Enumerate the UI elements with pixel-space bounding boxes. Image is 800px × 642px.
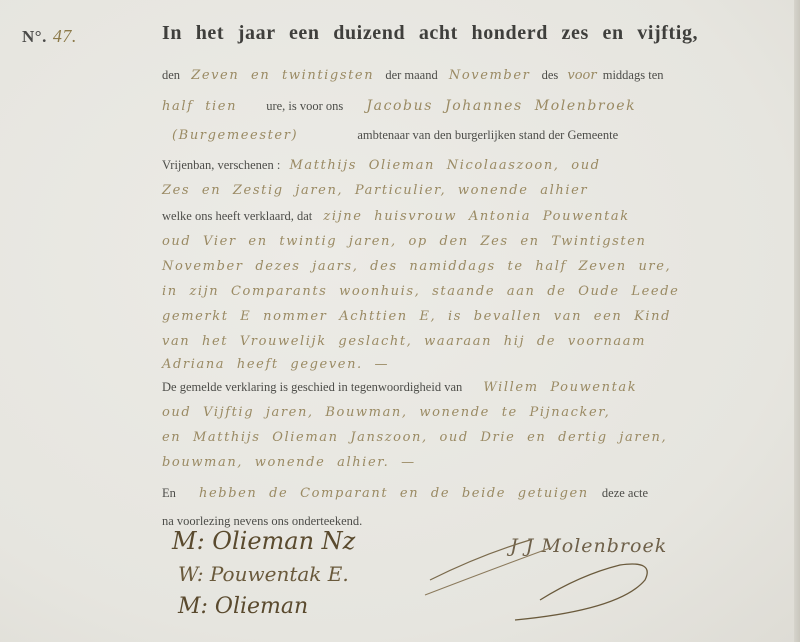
handwritten-text: oud Vier en twintig jaren, op den Zes en…: [162, 234, 647, 249]
printed-text: welke ons heeft verklaard, dat: [162, 209, 312, 223]
printed-text: ure, is voor ons: [266, 99, 343, 113]
printed-text: den: [162, 68, 180, 82]
line-4: Vrijenban, verschenen : Matthijs Olieman…: [162, 158, 601, 173]
line-2: half tien ure, is voor ons Jacobus Johan…: [162, 98, 636, 114]
handwritten-title: (Burgemeester): [172, 128, 298, 143]
handwritten-text: oud Vijftig jaren, Bouwman, wonende te P…: [162, 405, 610, 420]
printed-text: der maand: [385, 68, 437, 82]
line-6: welke ons heeft verklaard, dat zijne hui…: [162, 209, 630, 224]
handwritten-text: Zes en Zestig jaren, Particulier, wonend…: [162, 183, 588, 198]
line-3: (Burgemeester) ambtenaar van den burgerl…: [172, 128, 618, 143]
printed-text: ambtenaar van den burgerlijken stand der…: [357, 128, 618, 142]
printed-text: des: [542, 68, 559, 82]
handwritten-text: bouwman, wonende alhier. —: [162, 455, 416, 470]
line-11: van het Vrouwelijk geslacht, waaraan hij…: [162, 334, 646, 349]
handwritten-declarant: Matthijs Olieman Nicolaaszoon, oud: [289, 158, 600, 173]
printed-text: middags ten: [603, 68, 664, 82]
printed-text: deze acte: [602, 486, 648, 500]
handwritten-mother: zijne huisvrouw Antonia Pouwentak: [323, 209, 629, 224]
line-15: en Matthijs Olieman Janszoon, oud Drie e…: [162, 430, 667, 445]
line-1: den Zeven en twintigsten der maand Novem…: [162, 68, 664, 83]
handwritten-witness-2: en Matthijs Olieman Janszoon, oud Drie e…: [162, 430, 667, 445]
printed-text: De gemelde verklaring is geschied in teg…: [162, 380, 462, 394]
handwritten-child-name: Adriana heeft gegeven. —: [162, 357, 389, 372]
handwritten-text: gemerkt E nommer Achttien E, is bevallen…: [162, 309, 671, 324]
handwritten-month: November: [449, 68, 531, 83]
handwritten-text: hebben de Comparant en de beide getuigen: [199, 486, 589, 501]
line-8: November dezes jaars, des namiddags te h…: [162, 259, 671, 274]
line-14: oud Vijftig jaren, Bouwman, wonende te P…: [162, 405, 610, 420]
line-17: En hebben de Comparant en de beide getui…: [162, 486, 648, 501]
printed-text: Vrijenban, verschenen :: [162, 158, 280, 172]
line-12: Adriana heeft gegeven. —: [162, 357, 389, 372]
handwritten-period: voor: [567, 68, 596, 83]
handwritten-text: van het Vrouwelijk geslacht, waaraan hij…: [162, 334, 646, 349]
signature-declarant: M: Olieman Nz: [172, 527, 355, 555]
line-16: bouwman, wonende alhier. —: [162, 455, 416, 470]
handwritten-official-name: Jacobus Johannes Molenbroek: [366, 98, 636, 114]
record-heading: In het jaar een duizend acht honderd zes…: [162, 22, 698, 45]
line-9: in zijn Comparants woonhuis, staande aan…: [162, 284, 679, 299]
signature-flourish: [420, 520, 720, 630]
printed-text: na voorlezing nevens ons onderteekend.: [162, 514, 362, 528]
line-5: Zes en Zestig jaren, Particulier, wonend…: [162, 183, 588, 198]
printed-text: En: [162, 486, 176, 500]
line-7: oud Vier en twintig jaren, op den Zes en…: [162, 234, 647, 249]
document-page: N°.47. In het jaar een duizend acht hond…: [0, 0, 800, 642]
line-13: De gemelde verklaring is geschied in teg…: [162, 380, 637, 395]
handwritten-day: Zeven en twintigsten: [191, 68, 374, 83]
record-number: N°.47.: [22, 26, 77, 47]
handwritten-hour: half tien: [162, 99, 237, 114]
handwritten-witness-1: Willem Pouwentak: [483, 380, 637, 395]
record-number-value: 47.: [53, 26, 77, 46]
signature-witness-1: W: Pouwentak E.: [178, 562, 349, 586]
page-edge: [794, 0, 800, 642]
record-number-label: N°.: [22, 27, 47, 46]
line-10: gemerkt E nommer Achttien E, is bevallen…: [162, 309, 671, 324]
signature-witness-2: M: Olieman: [178, 594, 308, 619]
handwritten-text: in zijn Comparants woonhuis, staande aan…: [162, 284, 679, 299]
handwritten-text: November dezes jaars, des namiddags te h…: [162, 259, 671, 274]
